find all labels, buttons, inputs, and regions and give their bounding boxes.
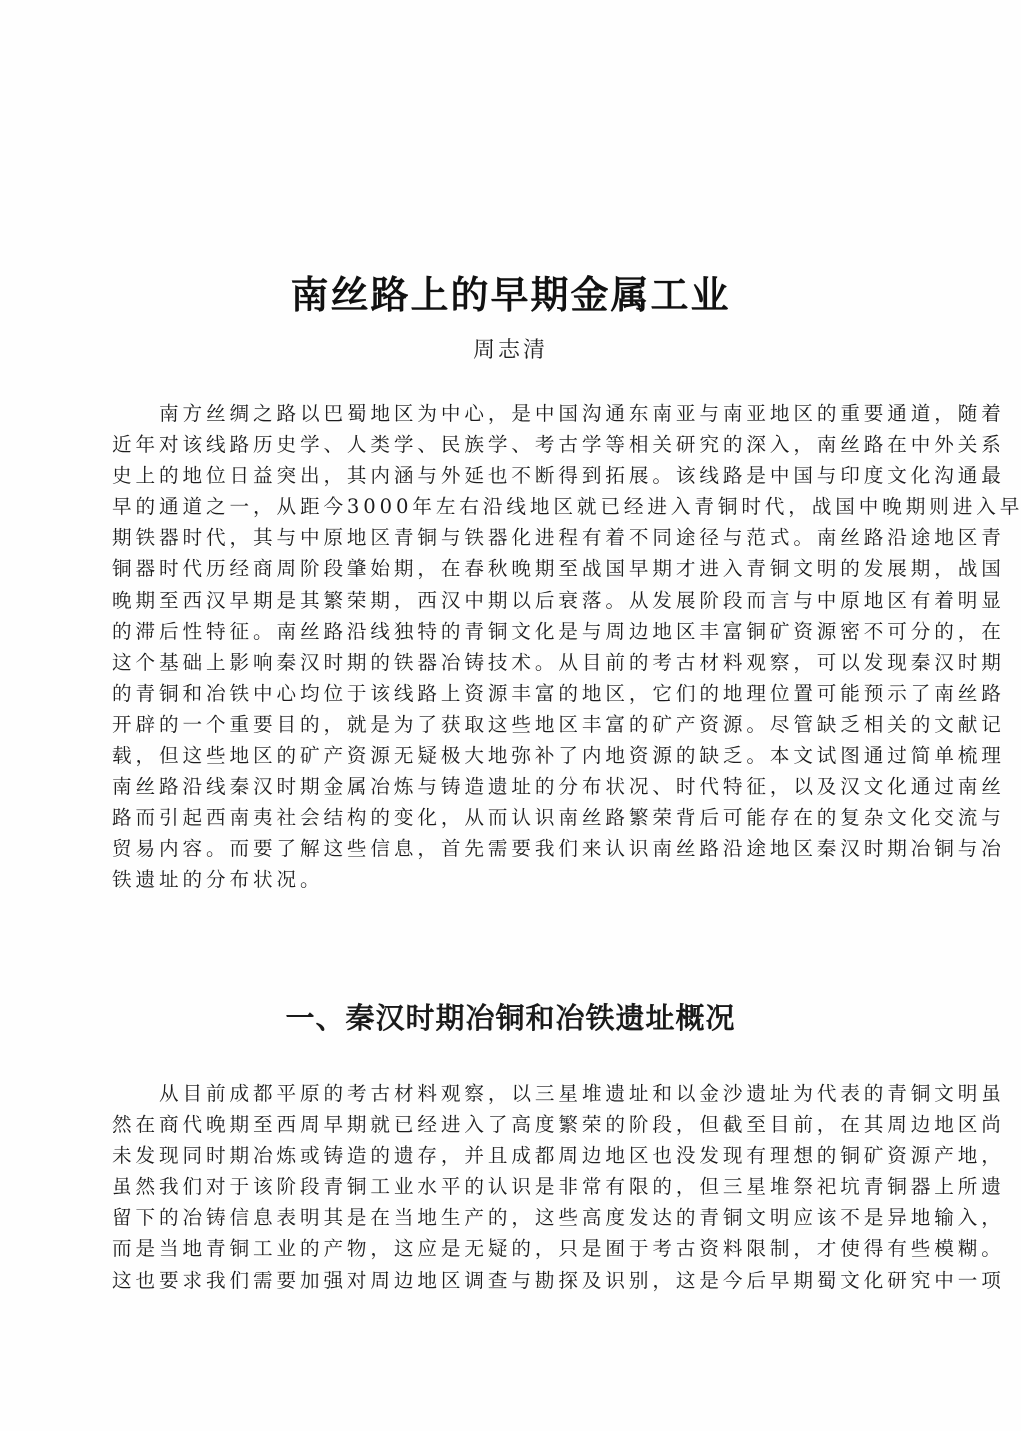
section-heading: 一、秦汉时期冶铜和冶铁遗址概况 [0, 998, 1021, 1038]
text-line: 路而引起西南夷社会结构的变化，从而认识南丝路繁荣背后可能存在的复杂文化交流与 [112, 802, 888, 833]
text-line: 留下的冶铸信息表明其是在当地生产的，这些高度发达的青铜文明应该不是异地输入， [112, 1202, 888, 1233]
text-line: 近年对该线路历史学、人类学、民族学、考古学等相关研究的深入，南丝路在中外关系 [112, 429, 888, 460]
text-line: 铜器时代历经商周阶段肇始期，在春秋晚期至战国早期才进入青铜文明的发展期，战国 [112, 553, 888, 584]
article-title: 南丝路上的早期金属工业 [0, 271, 1021, 319]
text-line: 史上的地位日益突出，其内涵与外延也不断得到拓展。该线路是中国与印度文化沟通最 [112, 460, 888, 491]
text-line: 晚期至西汉早期是其繁荣期，西汉中期以后衰落。从发展阶段而言与中原地区有着明显 [112, 585, 888, 616]
document-page: 南丝路上的早期金属工业 周志清 南方丝绸之路以巴蜀地区为中心，是中国沟通东南亚与… [0, 0, 1021, 1431]
text-line: 而是当地青铜工业的产物，这应是无疑的，只是囿于考古资料限制，才使得有些模糊。 [112, 1233, 888, 1264]
text-line: 南方丝绸之路以巴蜀地区为中心，是中国沟通东南亚与南亚地区的重要通道，随着 [112, 398, 888, 429]
text-line: 贸易内容。而要了解这些信息，首先需要我们来认识南丝路沿途地区秦汉时期冶铜与冶 [112, 833, 888, 864]
text-line: 铁遗址的分布状况。 [112, 864, 888, 895]
text-line: 早的通道之一，从距今3000年左右沿线地区就已经进入青铜时代，战国中晚期则进入早 [112, 491, 888, 522]
text-line: 虽然我们对于该阶段青铜工业水平的认识是非常有限的，但三星堆祭祀坑青铜器上所遗 [112, 1171, 888, 1202]
author-name: 周志清 [0, 336, 1021, 366]
text-line: 期铁器时代，其与中原地区青铜与铁器化进程有着不同途径与范式。南丝路沿途地区青 [112, 522, 888, 553]
text-line: 从目前成都平原的考古材料观察，以三星堆遗址和以金沙遗址为代表的青铜文明虽 [112, 1078, 888, 1109]
text-line: 未发现同时期冶炼或铸造的遗存，并且成都周边地区也没发现有理想的铜矿资源产地， [112, 1140, 888, 1171]
text-line: 然在商代晚期至西周早期就已经进入了高度繁荣的阶段，但截至目前，在其周边地区尚 [112, 1109, 888, 1140]
text-line: 开辟的一个重要目的，就是为了获取这些地区丰富的矿产资源。尽管缺乏相关的文献记 [112, 709, 888, 740]
text-line: 这也要求我们需要加强对周边地区调查与勘探及识别，这是今后早期蜀文化研究中一项 [112, 1265, 888, 1296]
text-line: 的滞后性特征。南丝路沿线独特的青铜文化是与周边地区丰富铜矿资源密不可分的，在 [112, 616, 888, 647]
intro-paragraph: 南方丝绸之路以巴蜀地区为中心，是中国沟通东南亚与南亚地区的重要通道，随着 近年对… [112, 398, 888, 896]
section-paragraph: 从目前成都平原的考古材料观察，以三星堆遗址和以金沙遗址为代表的青铜文明虽 然在商… [112, 1078, 888, 1296]
text-line: 载，但这些地区的矿产资源无疑极大地弥补了内地资源的缺乏。本文试图通过简单梳理 [112, 740, 888, 771]
text-line: 南丝路沿线秦汉时期金属冶炼与铸造遗址的分布状况、时代特征，以及汉文化通过南丝 [112, 771, 888, 802]
text-line: 这个基础上影响秦汉时期的铁器冶铸技术。从目前的考古材料观察，可以发现秦汉时期 [112, 647, 888, 678]
text-line: 的青铜和冶铁中心均位于该线路上资源丰富的地区，它们的地理位置可能预示了南丝路 [112, 678, 888, 709]
